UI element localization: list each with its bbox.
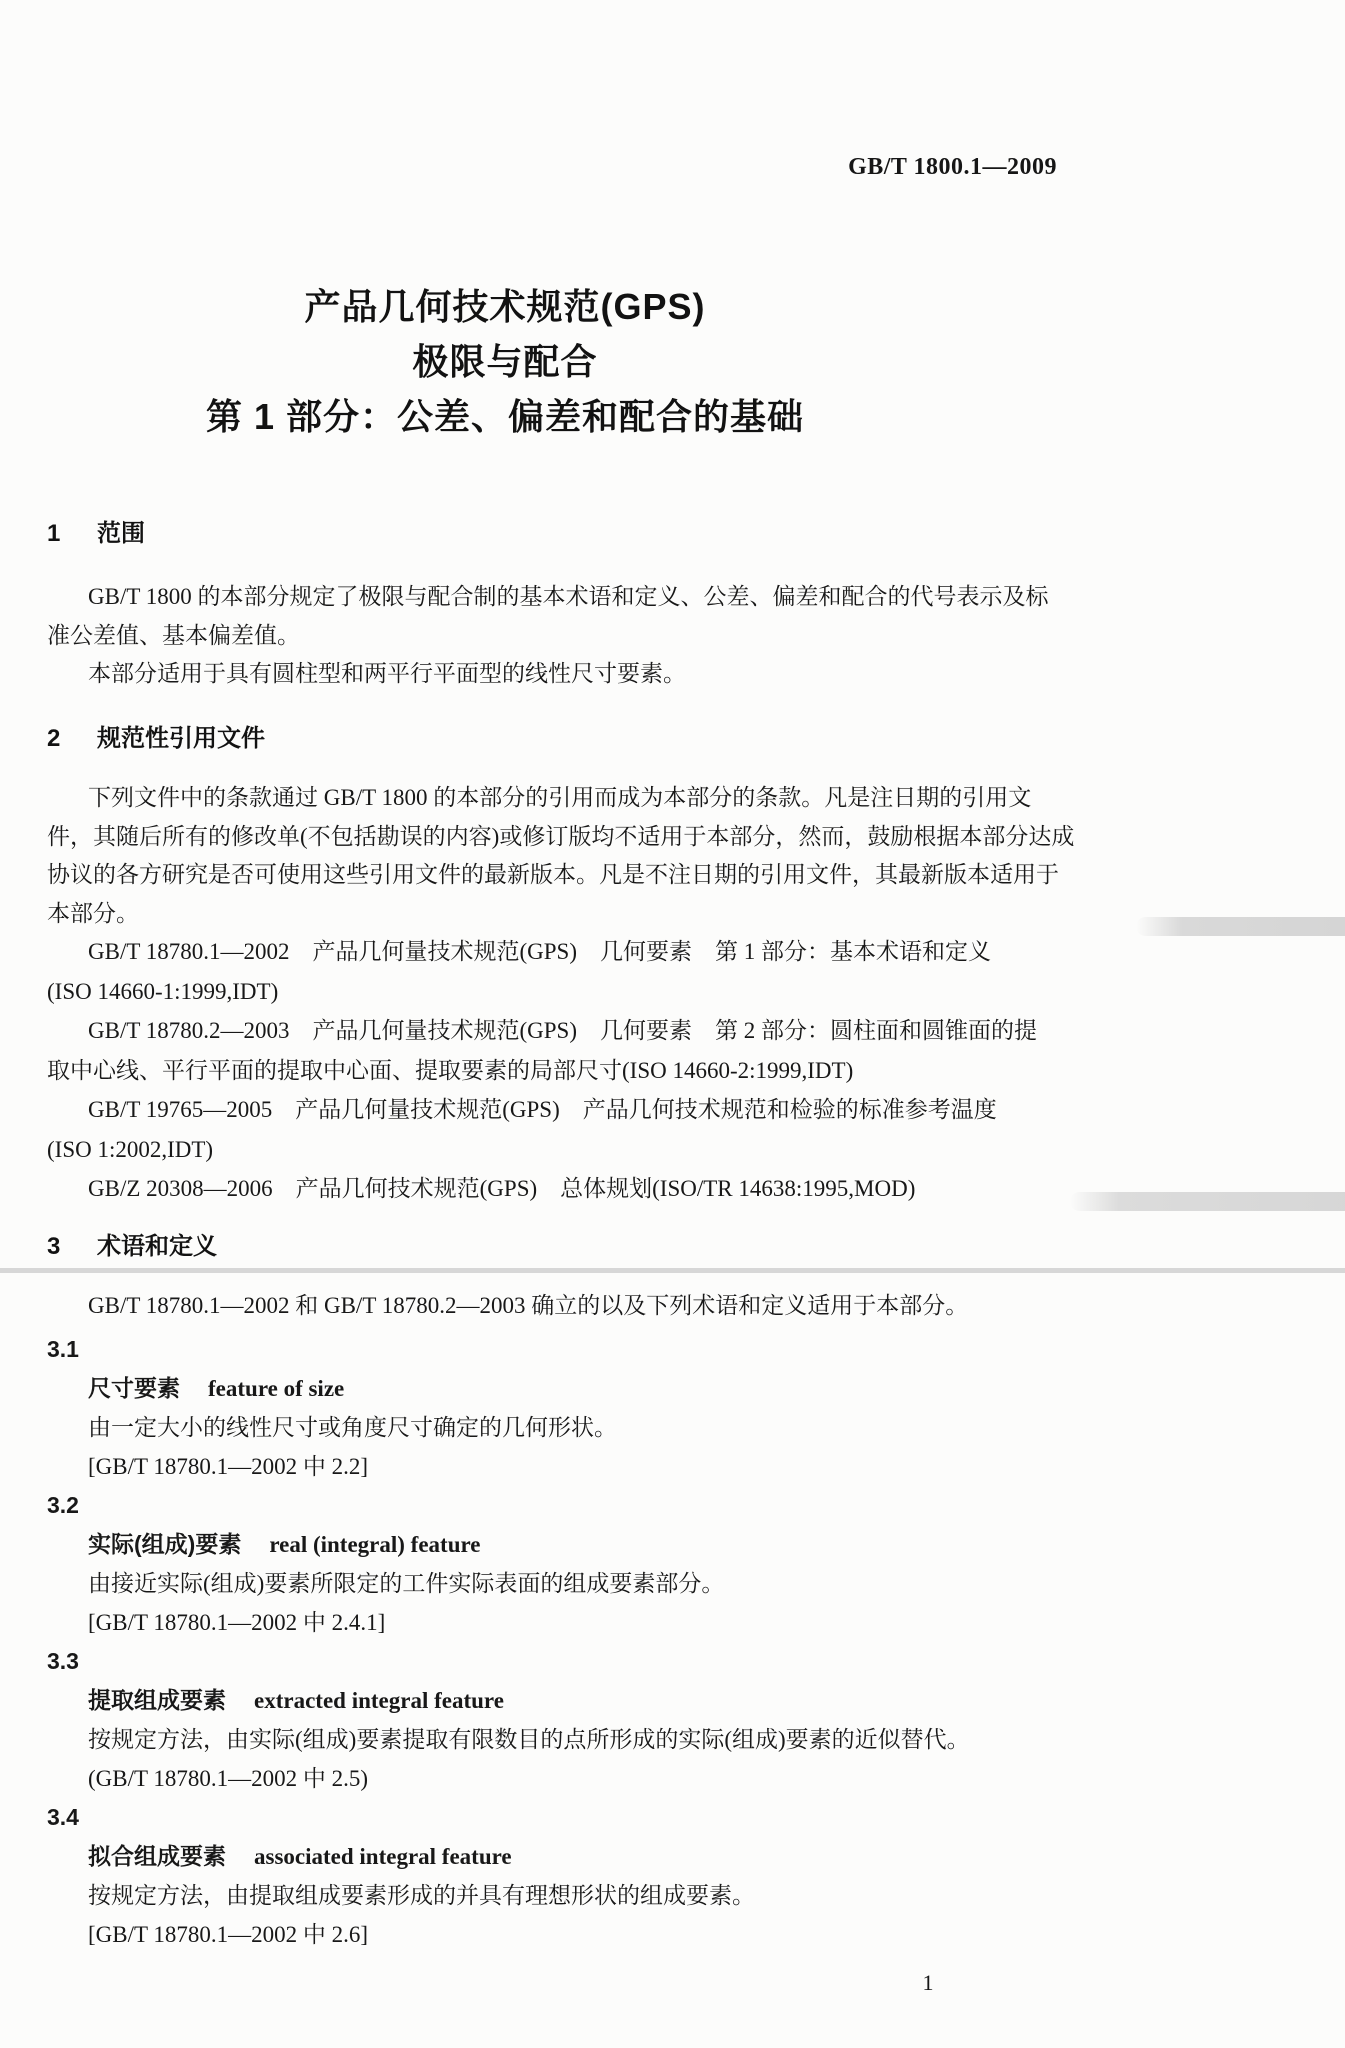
term-number: 3.3	[47, 1642, 1107, 1681]
document-title: 产品几何技术规范(GPS) 极限与配合 第 1 部分：公差、偏差和配合的基础	[0, 279, 1010, 444]
paragraph-line: 本部分适用于具有圆柱型和两平行平面型的线性尺寸要素。	[47, 655, 1107, 694]
reference-line: GB/Z 20308—2006 产品几何技术规范(GPS) 总体规划(ISO/T…	[47, 1169, 1107, 1209]
scan-artifact-band	[1136, 917, 1345, 936]
paragraph-line: 件，其随后所有的修改单(不包括勘误的内容)或修订版均不适用于本部分，然而，鼓励根…	[47, 818, 1107, 857]
reference-line: GB/T 19765—2005 产品几何量技术规范(GPS) 产品几何技术规范和…	[47, 1090, 1107, 1130]
paragraph-line: GB/T 18780.1—2002 和 GB/T 18780.2—2003 确立…	[47, 1287, 1107, 1326]
term-number: 3.2	[47, 1486, 1107, 1525]
paragraph-line: 准公差值、基本偏差值。	[47, 617, 1107, 656]
term-heading: 拟合组成要素associated integral feature	[47, 1837, 1107, 1876]
term-definition: 由接近实际(组成)要素所限定的工件实际表面的组成要素部分。	[47, 1564, 1107, 1603]
term-source: [GB/T 18780.1—2002 中 2.2]	[47, 1447, 1107, 1486]
section-2-intro: 下列文件中的条款通过 GB/T 1800 的本部分的引用而成为本部分的条款。凡是…	[47, 779, 1107, 933]
title-line-3: 第 1 部分：公差、偏差和配合的基础	[0, 389, 1010, 444]
terms-and-definitions: 3.1 尺寸要素feature of size 由一定大小的线性尺寸或角度尺寸确…	[47, 1330, 1107, 1954]
section-1-title: 范围	[97, 520, 145, 547]
reference-line: GB/T 18780.1—2002 产品几何量技术规范(GPS) 几何要素 第 …	[47, 932, 1107, 972]
paragraph-line: 本部分。	[47, 895, 1107, 934]
section-3-title: 术语和定义	[97, 1233, 217, 1260]
term-source: [GB/T 18780.1—2002 中 2.4.1]	[47, 1603, 1107, 1642]
term-heading: 提取组成要素extracted integral feature	[47, 1681, 1107, 1720]
term-heading: 尺寸要素feature of size	[47, 1369, 1107, 1408]
term-zh: 拟合组成要素	[88, 1843, 226, 1869]
term-en: real (integral) feature	[269, 1532, 480, 1557]
normative-references-list: GB/T 18780.1—2002 产品几何量技术规范(GPS) 几何要素 第 …	[47, 932, 1107, 1209]
term-definition: 由一定大小的线性尺寸或角度尺寸确定的几何形状。	[47, 1408, 1107, 1447]
paragraph-line: 下列文件中的条款通过 GB/T 1800 的本部分的引用而成为本部分的条款。凡是…	[47, 779, 1107, 818]
term-heading: 实际(组成)要素real (integral) feature	[47, 1525, 1107, 1564]
reference-line: GB/T 18780.2—2003 产品几何量技术规范(GPS) 几何要素 第 …	[47, 1011, 1107, 1051]
document-page: GB/T 1800.1—2009 产品几何技术规范(GPS) 极限与配合 第 1…	[0, 0, 1345, 2048]
page-number: 1	[908, 1968, 948, 1998]
scan-artifact-line	[0, 1268, 1345, 1273]
term-definition: 按规定方法，由实际(组成)要素提取有限数目的点所形成的实际(组成)要素的近似替代…	[47, 1720, 1107, 1759]
doc-code: GB/T 1800.1—2009	[47, 152, 1057, 182]
term-zh: 尺寸要素	[88, 1375, 180, 1401]
title-line-2: 极限与配合	[0, 334, 1010, 389]
term-en: associated integral feature	[254, 1844, 512, 1869]
section-1-heading: 1范围	[47, 518, 145, 550]
term-number: 3.1	[47, 1330, 1107, 1369]
term-zh: 实际(组成)要素	[88, 1531, 241, 1557]
section-2-number: 2	[47, 723, 97, 755]
term-en: extracted integral feature	[254, 1688, 504, 1713]
section-1-number: 1	[47, 518, 97, 550]
term-number: 3.4	[47, 1798, 1107, 1837]
paragraph-line: GB/T 1800 的本部分规定了极限与配合制的基本术语和定义、公差、偏差和配合…	[47, 578, 1107, 617]
reference-line: (ISO 14660-1:1999,IDT)	[47, 972, 1107, 1012]
title-line-1: 产品几何技术规范(GPS)	[0, 279, 1010, 334]
reference-line: 取中心线、平行平面的提取中心面、提取要素的局部尺寸(ISO 14660-2:19…	[47, 1051, 1107, 1091]
paragraph-line: 协议的各方研究是否可使用这些引用文件的最新版本。凡是不注日期的引用文件，其最新版…	[47, 856, 1107, 895]
term-definition: 按规定方法，由提取组成要素形成的并具有理想形状的组成要素。	[47, 1876, 1107, 1915]
term-en: feature of size	[208, 1376, 344, 1401]
section-2-title: 规范性引用文件	[97, 725, 265, 752]
scan-artifact-band	[1070, 1192, 1345, 1211]
term-zh: 提取组成要素	[88, 1687, 226, 1713]
section-3-intro: GB/T 18780.1—2002 和 GB/T 18780.2—2003 确立…	[47, 1287, 1107, 1326]
section-2-heading: 2规范性引用文件	[47, 723, 265, 755]
term-source: [GB/T 18780.1—2002 中 2.6]	[47, 1915, 1107, 1954]
section-1-body: GB/T 1800 的本部分规定了极限与配合制的基本术语和定义、公差、偏差和配合…	[47, 578, 1107, 694]
reference-line: (ISO 1:2002,IDT)	[47, 1130, 1107, 1170]
section-3-number: 3	[47, 1231, 97, 1263]
section-3-heading: 3术语和定义	[47, 1231, 217, 1263]
term-source: (GB/T 18780.1—2002 中 2.5)	[47, 1759, 1107, 1798]
